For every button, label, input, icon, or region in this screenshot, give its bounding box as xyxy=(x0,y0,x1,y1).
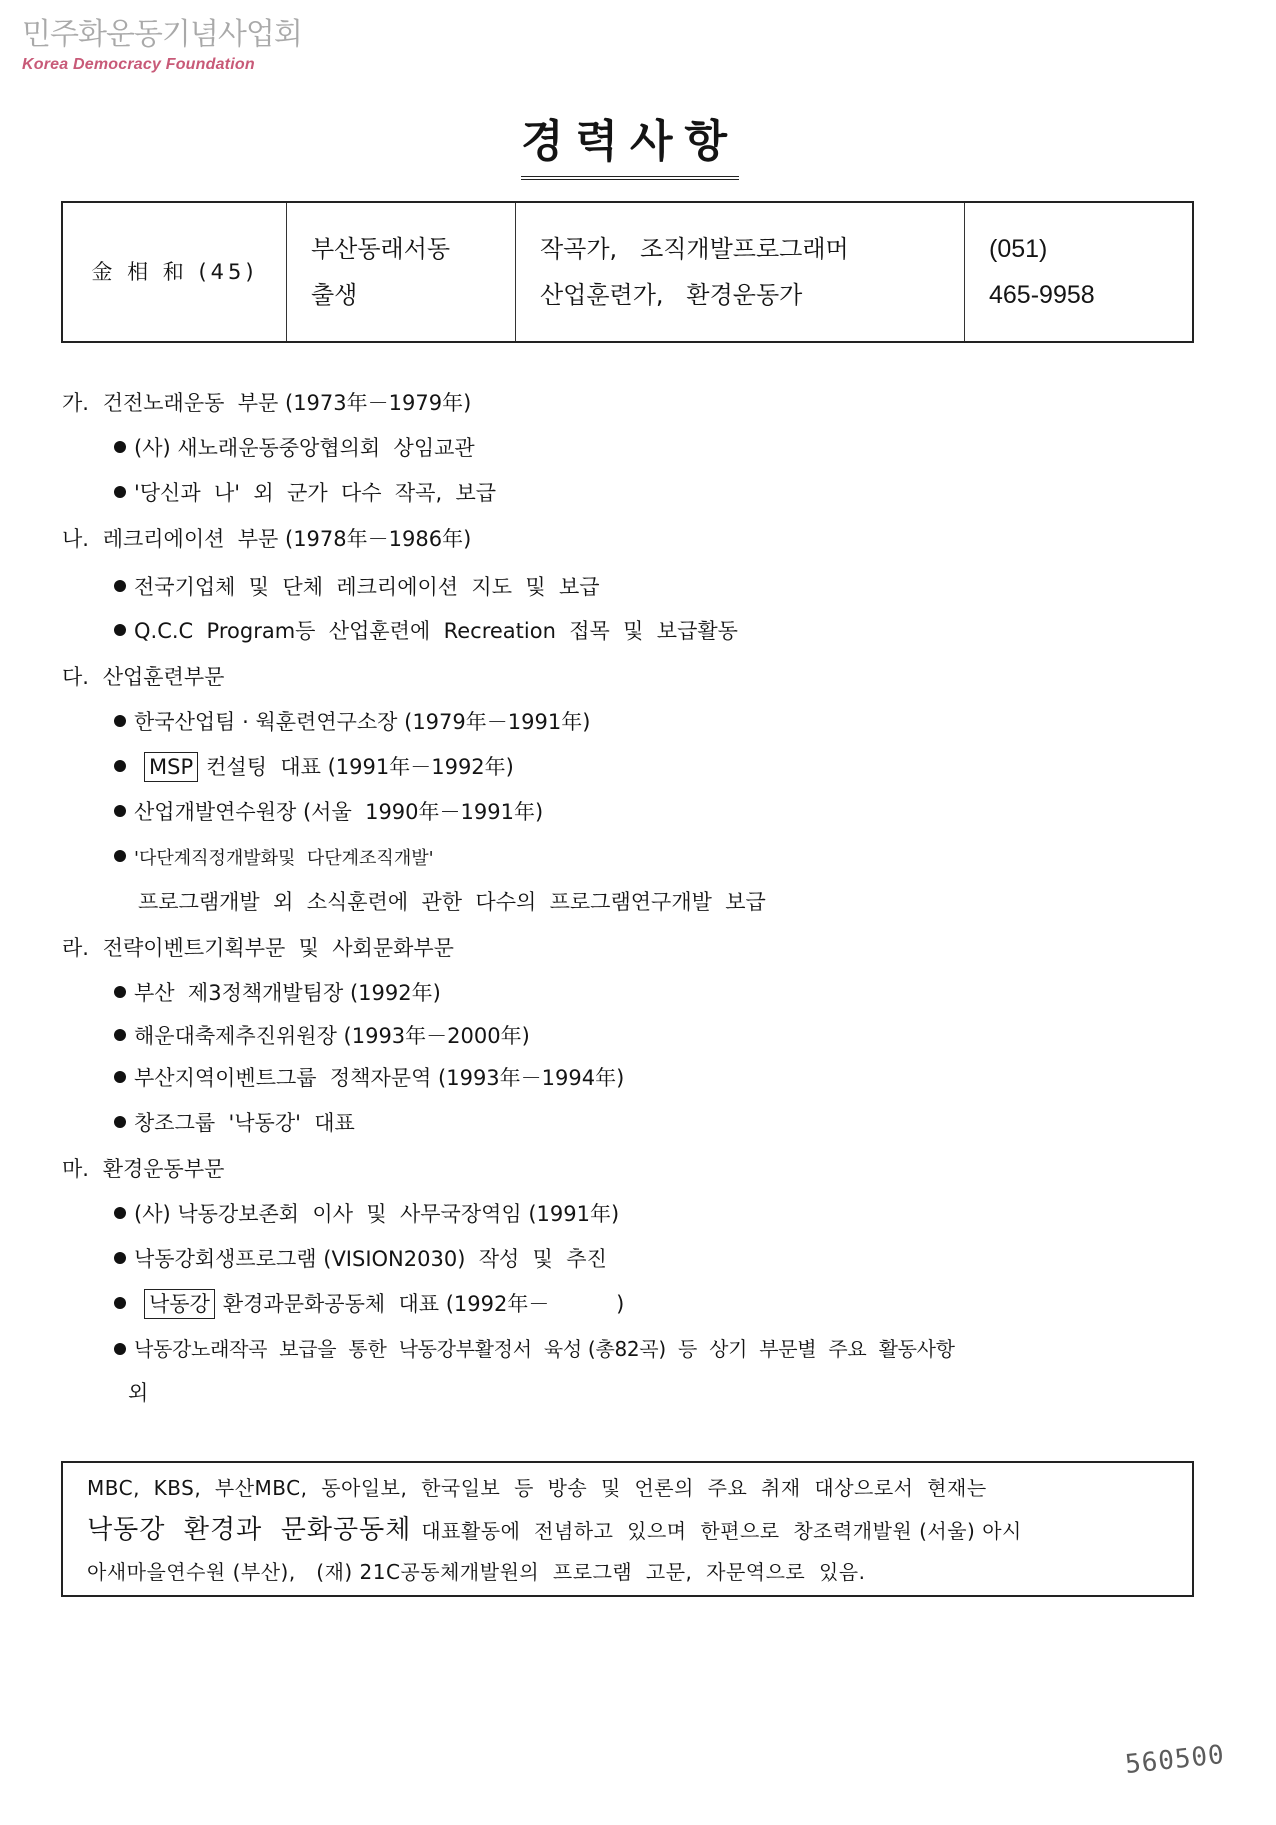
item-text: 산업개발연수원장 (서울 1990年－1991年) xyxy=(134,800,543,824)
section-title: 산업훈련부문 xyxy=(103,665,225,689)
item-text: Q.C.C Program등 산업훈련에 Recreation 접목 및 보급활… xyxy=(134,619,738,643)
list-item-continuation: 외 xyxy=(62,1372,1202,1414)
boxed-label-msp: MSP xyxy=(144,752,198,782)
person-name: 金 相 和 (45) xyxy=(91,260,257,284)
list-item: '다단계직정개발화및 다단계조직개발' xyxy=(62,835,1202,880)
handwritten-number: 560500 xyxy=(1124,1740,1227,1780)
list-item-continuation: 프로그램개발 외 소식훈련에 관한 다수의 프로그램연구개발 보급 xyxy=(62,880,1202,925)
occupation-line-1: 작곡가, 조직개발프로그래머 xyxy=(540,226,940,272)
item-text: 전국기업체 및 단체 레크리에이션 지도 및 보급 xyxy=(134,575,600,599)
section-title: 레크리에이션 부문 (1978年－1986年) xyxy=(103,527,472,551)
profile-row: 金 相 和 (45) 부산동래서동 출생 작곡가, 조직개발프로그래머 산업훈련… xyxy=(62,202,1193,342)
section-heading-na: 나. 레크리에이션 부문 (1978年－1986年) xyxy=(62,516,1202,562)
bullet-icon xyxy=(114,486,126,498)
section-heading-ma: 마. 환경운동부문 xyxy=(62,1146,1202,1192)
bullet-icon xyxy=(114,805,126,817)
list-item: '당신과 나' 외 군가 다수 작곡, 보급 xyxy=(62,471,1202,516)
item-text: 부산 제3정책개발팀장 (1992年) xyxy=(134,981,441,1005)
list-item: 낙동강회생프로그램 (VISION2030) 작성 및 추진 xyxy=(62,1237,1202,1282)
list-item: 전국기업체 및 단체 레크리에이션 지도 및 보급 xyxy=(62,562,1202,609)
section-title: 전략이벤트기획부문 및 사회문화부문 xyxy=(103,936,454,960)
item-text: 외 xyxy=(128,1381,148,1405)
item-text: 프로그램개발 외 소식훈련에 관한 다수의 프로그램연구개발 보급 xyxy=(138,890,766,914)
profile-table: 金 相 和 (45) 부산동래서동 출생 작곡가, 조직개발프로그래머 산업훈련… xyxy=(61,201,1194,343)
summary-line-1: MBC, KBS, 부산MBC, 동아일보, 한국일보 등 방송 및 언론의 주… xyxy=(87,1467,1168,1509)
item-text: 낙동강회생프로그램 (VISION2030) 작성 및 추진 xyxy=(134,1247,607,1271)
occupation-cell: 작곡가, 조직개발프로그래머 산업훈련가, 환경운동가 xyxy=(516,202,965,342)
item-text: 환경과문화공동체 대표 (1992年－ ) xyxy=(223,1292,624,1316)
occupation-line-2: 산업훈련가, 환경운동가 xyxy=(540,272,940,318)
list-item: 낙동강노래작곡 보급을 통한 낙동강부활정서 육성 (총82곡) 등 상기 부문… xyxy=(62,1327,1202,1372)
summary-line-3: 아새마을연수원 (부산), (재) 21C공동체개발원의 프로그램 고문, 자문… xyxy=(87,1551,1168,1593)
list-item: 낙동강환경과문화공동체 대표 (1992年－ ) xyxy=(62,1282,1202,1327)
list-item: 창조그룹 '낙동강' 대표 xyxy=(62,1101,1202,1146)
bullet-icon xyxy=(114,1207,126,1219)
bullet-icon xyxy=(114,580,126,592)
section-marker: 다. xyxy=(62,654,96,700)
item-text: '당신과 나' 외 군가 다수 작곡, 보급 xyxy=(134,481,496,505)
list-item: 부산지역이벤트그룹 정책자문역 (1993年－1994年) xyxy=(62,1056,1202,1101)
birthplace-cell: 부산동래서동 출생 xyxy=(287,202,516,342)
title-block: 경력사항 xyxy=(520,112,740,180)
boxed-label-nakdonggang: 낙동강 xyxy=(144,1289,215,1319)
list-item: Q.C.C Program등 산업훈련에 Recreation 접목 및 보급활… xyxy=(62,609,1202,654)
career-list: 가. 건전노래운동 부문 (1973年－1979年) (사) 새노래운동중앙협의… xyxy=(62,380,1202,1414)
bullet-icon xyxy=(114,1029,126,1041)
bullet-icon xyxy=(114,850,126,862)
phone-number: 465-9958 xyxy=(989,272,1168,318)
bullet-icon xyxy=(114,986,126,998)
item-text: (사) 낙동강보존회 이사 및 사무국장역임 (1991年) xyxy=(134,1202,619,1226)
name-cell: 金 相 和 (45) xyxy=(62,202,287,342)
item-text: 컨설팅 대표 (1991年－1992年) xyxy=(206,755,514,779)
list-item: 산업개발연수원장 (서울 1990年－1991年) xyxy=(62,790,1202,835)
phone-area-code: (051) xyxy=(989,226,1168,272)
summary-line-2-rest: 대표활동에 전념하고 있으며 한편으로 창조력개발원 (서울) 아시 xyxy=(421,1519,1022,1543)
item-text: 한국산업팀 · 웍훈련연구소장 (1979年－1991年) xyxy=(134,710,590,734)
phone-cell: (051) 465-9958 xyxy=(965,202,1194,342)
item-text: 낙동강노래작곡 보급을 통한 낙동강부활정서 육성 (총82곡) 등 상기 부문… xyxy=(134,1337,955,1361)
bullet-icon xyxy=(114,441,126,453)
foundation-logo: 민주화운동기념사업회 Korea Democracy Foundation xyxy=(22,18,302,74)
list-item: 부산 제3정책개발팀장 (1992年) xyxy=(62,971,1202,1016)
summary-emphasis: 낙동강 환경과 문화공동체 xyxy=(87,1515,411,1545)
logo-korean-text: 민주화운동기념사업회 xyxy=(22,18,302,52)
summary-box: MBC, KBS, 부산MBC, 동아일보, 한국일보 등 방송 및 언론의 주… xyxy=(61,1461,1194,1597)
section-title: 환경운동부문 xyxy=(103,1157,225,1181)
section-marker: 라. xyxy=(62,925,96,971)
bullet-icon xyxy=(114,1297,126,1309)
bullet-icon xyxy=(114,760,126,772)
list-item: 한국산업팀 · 웍훈련연구소장 (1979年－1991年) xyxy=(62,700,1202,745)
section-heading-ra: 라. 전략이벤트기획부문 및 사회문화부문 xyxy=(62,925,1202,971)
bullet-icon xyxy=(114,1071,126,1083)
list-item: MSP컨설팅 대표 (1991年－1992年) xyxy=(62,745,1202,790)
summary-line-2: 낙동강 환경과 문화공동체대표활동에 전념하고 있으며 한편으로 창조력개발원 … xyxy=(87,1509,1168,1551)
list-item: (사) 낙동강보존회 이사 및 사무국장역임 (1991年) xyxy=(62,1192,1202,1237)
item-text: 창조그룹 '낙동강' 대표 xyxy=(134,1111,355,1135)
bullet-icon xyxy=(114,1343,126,1355)
item-text: 해운대축제추진위원장 (1993年－2000年) xyxy=(134,1024,530,1048)
bullet-icon xyxy=(114,1116,126,1128)
section-heading-ga: 가. 건전노래운동 부문 (1973年－1979年) xyxy=(62,380,1202,426)
logo-english-text: Korea Democracy Foundation xyxy=(22,56,302,74)
item-text: '다단계직정개발화및 다단계조직개발' xyxy=(134,848,434,869)
birthplace-line-1: 부산동래서동 xyxy=(311,226,491,272)
section-marker: 나. xyxy=(62,516,96,562)
section-heading-da: 다. 산업훈련부문 xyxy=(62,654,1202,700)
bullet-icon xyxy=(114,1252,126,1264)
list-item: (사) 새노래운동중앙협의회 상임교관 xyxy=(62,426,1202,471)
bullet-icon xyxy=(114,715,126,727)
document-title: 경력사항 xyxy=(521,112,739,180)
item-text: (사) 새노래운동중앙협의회 상임교관 xyxy=(134,436,475,460)
section-title: 건전노래운동 부문 (1973年－1979年) xyxy=(103,391,472,415)
list-item: 해운대축제추진위원장 (1993年－2000年) xyxy=(62,1016,1202,1056)
section-marker: 마. xyxy=(62,1146,96,1192)
birthplace-line-2: 출생 xyxy=(311,272,491,318)
item-text: 부산지역이벤트그룹 정책자문역 (1993年－1994年) xyxy=(134,1066,624,1090)
section-marker: 가. xyxy=(62,380,96,426)
bullet-icon xyxy=(114,624,126,636)
